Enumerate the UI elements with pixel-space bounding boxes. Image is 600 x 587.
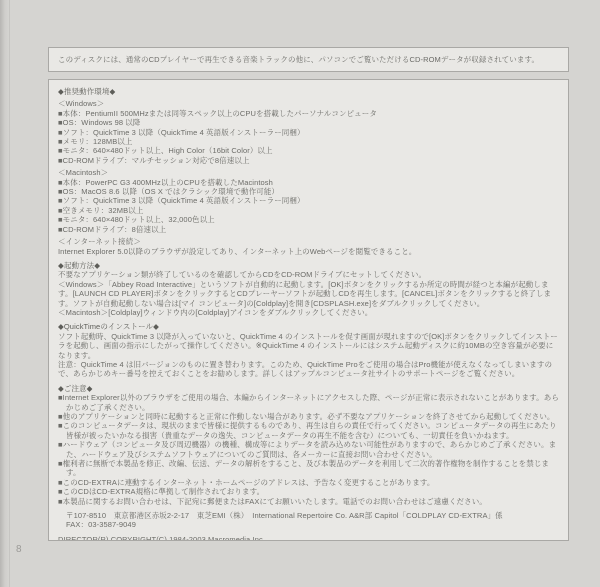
caution-item: ■このCD-EXTRAに連動するインターネット・ホームページのアドレスは、予告な… bbox=[58, 478, 559, 487]
section-heading-launch: ◆起動方法◆ bbox=[58, 261, 559, 270]
caution-item: ■他のアプリケーションと同時に起動すると正常に作動しない場合があります。必ず不要… bbox=[58, 412, 559, 421]
copyright-line: DIRECTOR(R) COPYRIGHT(C) 1984-2003 Macro… bbox=[58, 535, 559, 541]
macintosh-label: ＜Macintosh＞ bbox=[58, 168, 559, 177]
macintosh-spec-item: ■モニタ：640×480ドット以上、32,000色以上 bbox=[58, 215, 559, 224]
contact-address: 〒107-8510 東京都港区赤坂2-2-17 東芝EMI（株） Interna… bbox=[58, 511, 559, 520]
macintosh-spec-item: ■CD-ROMドライブ：8倍速以上 bbox=[58, 225, 559, 234]
launch-windows-instructions: ＜Windows＞「Abbey Road Interactive」というソフトが… bbox=[58, 280, 559, 308]
macintosh-spec-item: ■本体：PowerPC G3 400MHz以上のCPUを搭載したMacintos… bbox=[58, 178, 559, 187]
scanned-booklet-page: このディスクには、通常のCDプレイヤーで再生できる音楽トラックの他に、パソコンで… bbox=[0, 0, 600, 587]
caution-item: ■Internet Explorer以外のブラウザをご使用の場合、本編からインタ… bbox=[58, 393, 559, 412]
windows-spec-item: ■CD-ROMドライブ：マルチセッション対応で8倍速以上 bbox=[58, 156, 559, 165]
internet-requirement: Internet Explorer 5.0以降のブラウザが設定してあり、インター… bbox=[58, 247, 559, 256]
windows-spec-item: ■ソフト：QuickTime 3 以降（QuickTime 4 英語版インストー… bbox=[58, 128, 559, 137]
section-heading-quicktime: ◆QuickTimeのインストール◆ bbox=[58, 322, 559, 331]
contact-fax: FAX：03-3587-9049 bbox=[58, 520, 559, 529]
page-edge-shadow bbox=[0, 0, 10, 587]
quicktime-warning-paragraph: 注意：QuickTime 4 は旧バージョンのものに置き替わります。このため、Q… bbox=[58, 360, 559, 379]
windows-spec-item: ■OS：Windows 98 以降 bbox=[58, 118, 559, 127]
section-heading-environment: ◆推奨動作環境◆ bbox=[58, 87, 559, 96]
windows-label: ＜Windows＞ bbox=[58, 99, 559, 108]
macintosh-spec-item: ■空きメモリ：32MB以上 bbox=[58, 206, 559, 215]
launch-macintosh-instructions: ＜Macintosh＞[Coldplay]ウィンドウ内の[Coldplay]アイ… bbox=[58, 308, 559, 317]
page-number: 8 bbox=[16, 544, 22, 555]
caution-item: ■このCDはCD-EXTRA規格に準拠して制作されております。 bbox=[58, 487, 559, 496]
caution-item: ■このコンピュータデータは、現状のままで皆様に提供するものであり、再生は自らの責… bbox=[58, 421, 559, 440]
notice-text: このディスクには、通常のCDプレイヤーで再生できる音楽トラックの他に、パソコンで… bbox=[58, 55, 539, 64]
section-heading-caution: ◆ご注意◆ bbox=[58, 384, 559, 393]
windows-spec-item: ■モニタ：640×480ドット以上、High Color（16bit Color… bbox=[58, 146, 559, 155]
macintosh-spec-item: ■ソフト：QuickTime 3 以降（QuickTime 4 英語版インストー… bbox=[58, 196, 559, 205]
caution-item: ■ハードウェア（コンピュータ及び周辺機器）の機種、構成等によりデータを読み込めな… bbox=[58, 440, 559, 459]
quicktime-install-paragraph: ソフト起動時、QuickTime 3 以降が入っていないと、QuickTime … bbox=[58, 332, 559, 360]
notice-box: このディスクには、通常のCDプレイヤーで再生できる音楽トラックの他に、パソコンで… bbox=[48, 47, 569, 72]
windows-spec-item: ■本体：PentiumII 500MHzまたは同等スペック以上のCPUを搭載した… bbox=[58, 109, 559, 118]
internet-label: ＜インターネット接続＞ bbox=[58, 237, 559, 246]
info-box: ◆推奨動作環境◆ ＜Windows＞ ■本体：PentiumII 500MHzま… bbox=[48, 79, 569, 541]
launch-intro: 不要なアプリケーション類が終了しているのを確認してからCDをCD-ROMドライブ… bbox=[58, 270, 559, 279]
caution-item: ■本製品に関するお問い合わせは、下記宛に郵便またはFAXにてお願いいたします。電… bbox=[58, 497, 559, 506]
caution-item: ■権利者に無断で本製品を修正、改編、伝送、データの解析をすること、及び本製品のデ… bbox=[58, 459, 559, 478]
